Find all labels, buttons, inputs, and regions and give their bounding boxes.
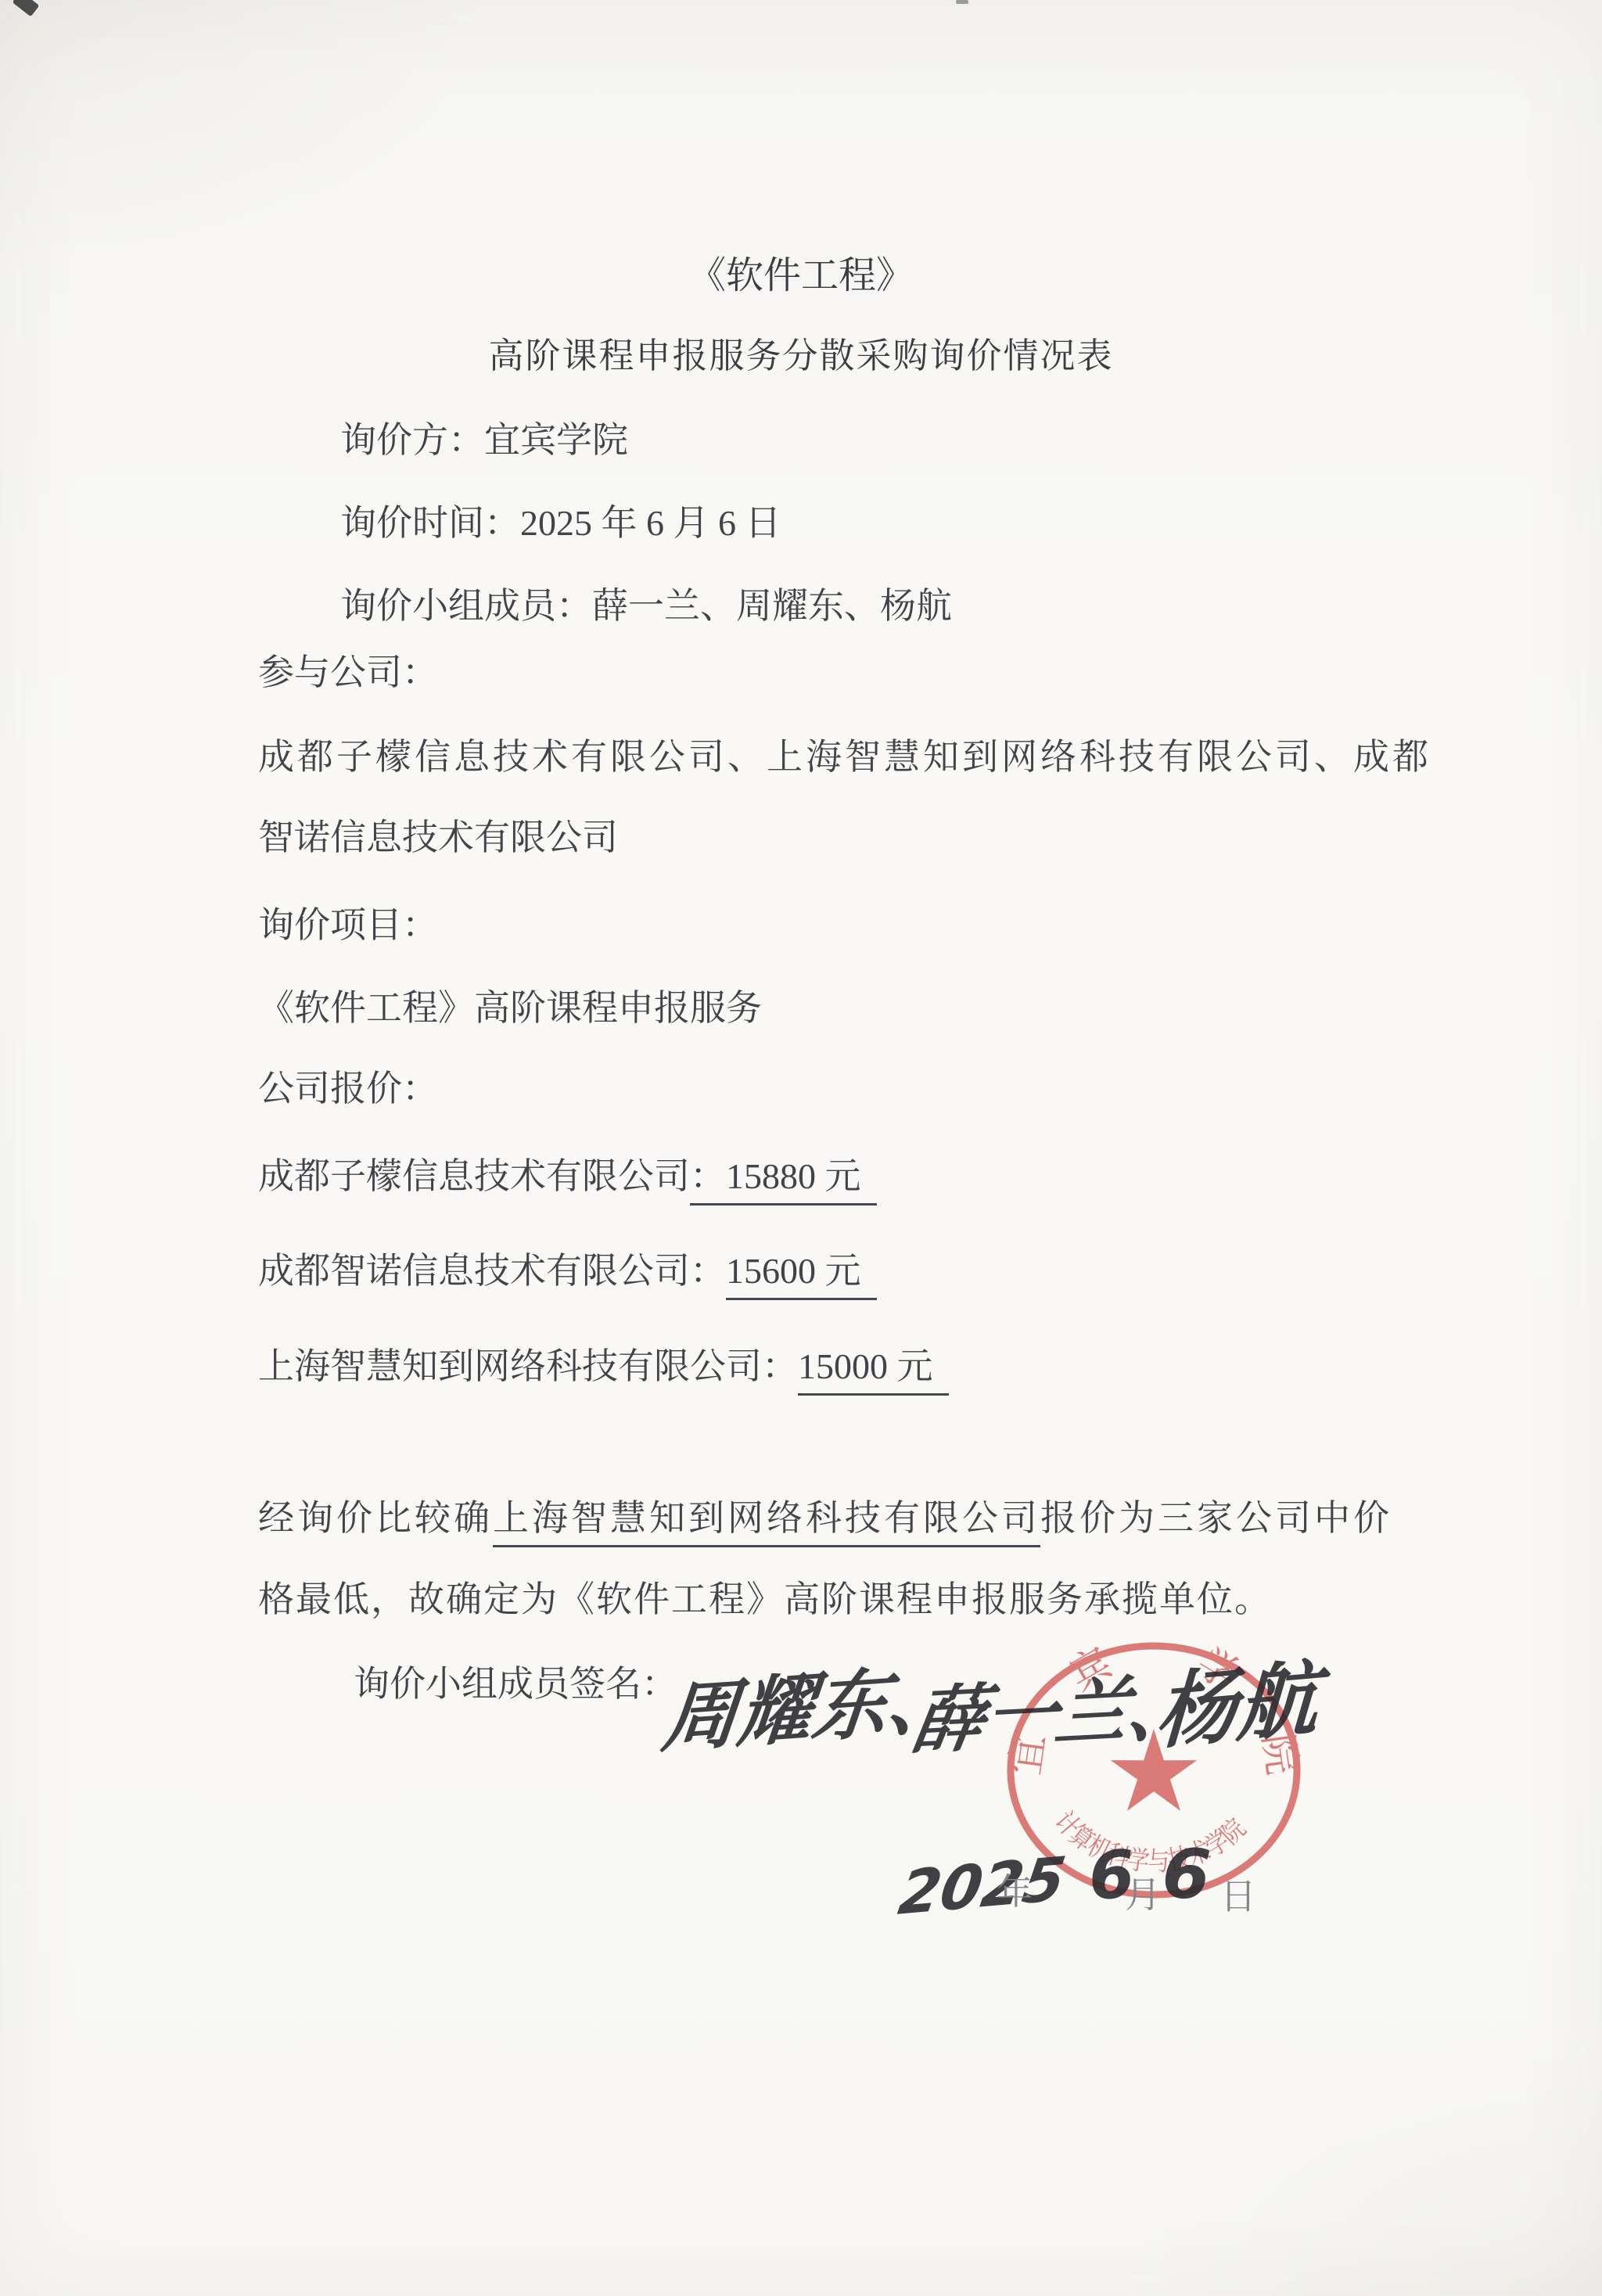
conclusion-line2: 格最低，故确定为《软件工程》高阶课程申报服务承揽单位。 [258, 1576, 1272, 1624]
participants-line1: 成都子檬信息技术有限公司、上海智慧知到网络科技有限公司、成都 [258, 733, 1431, 782]
signature-label: 询价小组成员签名： [354, 1660, 677, 1709]
quote-line-3: 上海智慧知到网络科技有限公司：15000 元 [258, 1342, 949, 1391]
inquiry-time-line: 询价时间：2025 年 6 月 6 日 [340, 499, 781, 548]
document-title-line2: 高阶课程申报服务分散采购询价情况表 [0, 332, 1602, 380]
participants-label: 参与公司： [258, 649, 438, 697]
quote-company-2: 成都智诺信息技术有限公司： [258, 1251, 726, 1291]
inquirer-line: 询价方：宜宾学院 [340, 416, 628, 465]
document-page: 《软件工程》 高阶课程申报服务分散采购询价情况表 询价方：宜宾学院 询价时间：2… [0, 0, 1602, 2296]
conclusion-post: 报价为三家公司中价 [1040, 1498, 1392, 1538]
quote-company-3: 上海智慧知到网络科技有限公司： [258, 1346, 798, 1386]
date-year-unit: 年 [997, 1863, 1033, 1915]
conclusion-winner-underlined: 上海智慧知到网络科技有限公司 [493, 1498, 1040, 1547]
quote-amount-1: ：15880 元 [690, 1156, 877, 1205]
quote-amount-3: 15000 元 [798, 1346, 949, 1396]
quote-line-2: 成都智诺信息技术有限公司：15600 元 [258, 1247, 877, 1295]
quote-amount-2: 15600 元 [726, 1251, 877, 1300]
project-label: 询价项目： [258, 901, 438, 950]
document-title-line1: 《软件工程》 [0, 252, 1602, 300]
date-month-unit: 月 [1125, 1867, 1161, 1918]
conclusion-pre: 经询价比较确 [258, 1498, 493, 1538]
quote-company-1: 成都子檬信息技术有限公司 [258, 1156, 690, 1196]
signature-yanghang: 杨航 [1153, 1632, 1321, 1764]
date-year-handwritten: 2025 [894, 1843, 1070, 1928]
date-day-handwritten: 6 [1159, 1832, 1212, 1916]
scan-speck-corner [13, 0, 40, 16]
quote-line-1: 成都子檬信息技术有限公司：15880 元 [258, 1152, 877, 1201]
date-day-unit: 日 [1220, 1868, 1256, 1920]
quotes-label: 公司报价： [258, 1065, 438, 1113]
participants-line2: 智诺信息技术有限公司 [258, 814, 618, 862]
project-value: 《软件工程》高阶课程申报服务 [258, 984, 762, 1033]
scan-speck-top [956, 0, 968, 4]
inquiry-team-line: 询价小组成员：薛一兰、周耀东、杨航 [340, 582, 952, 631]
conclusion-line1: 经询价比较确上海智慧知到网络科技有限公司报价为三家公司中价 [258, 1494, 1392, 1543]
